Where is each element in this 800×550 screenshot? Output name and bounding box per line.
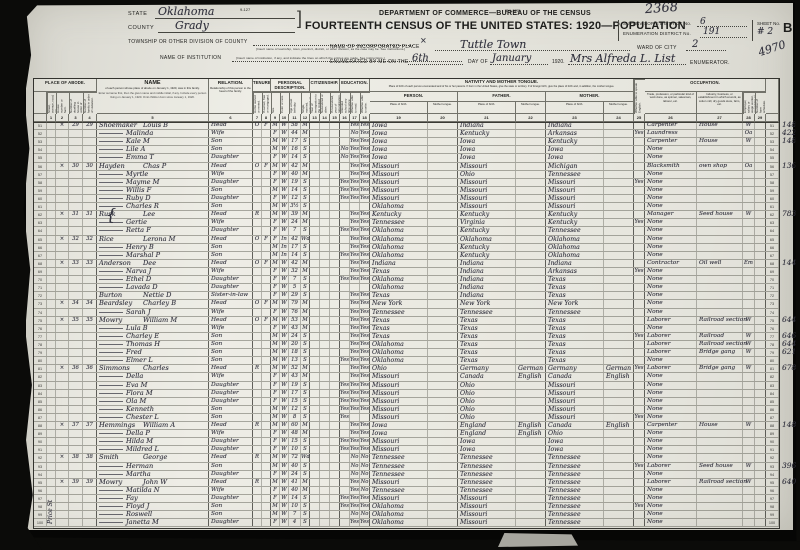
- cell: [330, 187, 340, 194]
- cell-birthplace: Iowa: [370, 138, 428, 145]
- cell: Yes: [340, 414, 350, 421]
- cell-occupation: House: [697, 122, 743, 129]
- cell: Yes: [360, 130, 370, 137]
- cell: [340, 430, 350, 437]
- cell: [262, 511, 271, 518]
- cell: [743, 446, 755, 453]
- cell: [634, 163, 645, 170]
- cell: [83, 446, 97, 453]
- cell: [604, 349, 634, 356]
- cell: W: [280, 349, 289, 356]
- cell: [697, 495, 743, 502]
- cell-relation: Wife: [209, 430, 253, 437]
- cell: Yes: [634, 333, 645, 340]
- cell: [56, 138, 69, 145]
- cell: [516, 276, 546, 283]
- cell: 3½: [289, 203, 301, 210]
- cell-birthplace: Missouri: [546, 414, 604, 421]
- cell: W: [280, 122, 289, 129]
- cell: [743, 357, 755, 364]
- cell: Yes: [634, 503, 645, 510]
- cell: W: [280, 325, 289, 332]
- cell: 55: [766, 154, 779, 161]
- cell: [604, 171, 634, 178]
- cell-birthplace: Iowa: [370, 422, 428, 429]
- cell: [262, 357, 271, 364]
- cell: [340, 292, 350, 299]
- cell-birthplace: Iowa: [370, 154, 428, 161]
- cell: [755, 179, 766, 186]
- cell-occupation: Laborer: [645, 479, 697, 486]
- cell: Yes: [360, 260, 370, 267]
- cell: [743, 195, 755, 202]
- cell: 40: [289, 463, 301, 470]
- cell: 24: [289, 219, 301, 226]
- col-place-of-birth: Place of birth.: [458, 102, 516, 114]
- cell: [755, 479, 766, 486]
- col-number-29: 29: [755, 114, 766, 122]
- cell: [262, 390, 271, 397]
- cell: 41: [289, 479, 301, 486]
- cell: Yes: [350, 317, 360, 324]
- cell: W: [280, 438, 289, 445]
- cell: [428, 373, 458, 380]
- cell-birthplace: Texas: [458, 357, 516, 364]
- cell: Yes: [350, 236, 360, 243]
- cell: [516, 382, 546, 389]
- group-occupation: OCCUPATION.: [645, 79, 766, 92]
- cell: [755, 398, 766, 405]
- cell: [604, 438, 634, 445]
- cell: [755, 252, 766, 259]
- cell-relation: Daughter: [209, 495, 253, 502]
- cell: [83, 487, 97, 494]
- cell-relation: Son: [209, 406, 253, 413]
- cell: Yes: [350, 252, 360, 259]
- cell: [320, 479, 330, 486]
- cell: [340, 333, 350, 340]
- cell: [330, 349, 340, 356]
- cell: [310, 309, 320, 316]
- cell: Yes: [360, 292, 370, 299]
- cell: [743, 219, 755, 226]
- cell: [516, 211, 546, 218]
- cell: [516, 317, 546, 324]
- cell: 31: [83, 211, 97, 218]
- cell: [83, 268, 97, 275]
- cell: F: [271, 179, 280, 186]
- cell: R: [253, 479, 262, 486]
- cell: F: [271, 487, 280, 494]
- cell-relation: Son: [209, 503, 253, 510]
- cell: 4: [289, 519, 301, 526]
- cell: [253, 446, 262, 453]
- cell: [755, 495, 766, 502]
- cell-occupation: Seed house: [697, 463, 743, 470]
- cell: W: [280, 414, 289, 421]
- cell: [56, 373, 69, 380]
- cell: Yes: [350, 495, 360, 502]
- cell: [310, 268, 320, 275]
- cell: 90: [766, 438, 779, 445]
- cell: Em: [743, 260, 755, 267]
- cell: [604, 495, 634, 502]
- cell: [56, 503, 69, 510]
- cell: W: [280, 309, 289, 316]
- cell: S: [301, 284, 310, 291]
- subgroup-mother: MOTHER.: [546, 92, 634, 102]
- cell: [755, 446, 766, 453]
- cell: [56, 187, 69, 194]
- cell: 74: [34, 309, 47, 316]
- cell: [262, 487, 271, 494]
- cell: [428, 471, 458, 478]
- cell: 7: [289, 227, 301, 234]
- cell-occupation: Laborer: [645, 463, 697, 470]
- cell-birthplace: Iowa: [546, 438, 604, 445]
- cell: [69, 373, 83, 380]
- cell: [604, 236, 634, 243]
- cell-birthplace: Texas: [370, 325, 428, 332]
- cell: [743, 276, 755, 283]
- cell: 81: [766, 365, 779, 372]
- cell: [516, 292, 546, 299]
- cell: [56, 284, 69, 291]
- cell: [755, 171, 766, 178]
- cell-relation: Son: [209, 138, 253, 145]
- cell: [69, 171, 83, 178]
- cell: 32: [69, 236, 83, 243]
- cell: [604, 122, 634, 129]
- cell-birthplace: Indiana: [458, 122, 516, 129]
- cell: [330, 390, 340, 397]
- cell: [83, 333, 97, 340]
- cell-occupation: None: [645, 300, 697, 307]
- cell: Yes: [360, 244, 370, 251]
- cell: [634, 471, 645, 478]
- cell-birthplace: Missouri: [458, 519, 516, 526]
- cell-birthplace: Tennessee: [546, 519, 604, 526]
- cell: [310, 487, 320, 494]
- cell: [262, 276, 271, 283]
- cell: 96: [34, 487, 47, 494]
- cell: [428, 187, 458, 194]
- cell: 20: [289, 341, 301, 348]
- cell: 89: [34, 430, 47, 437]
- col-number-7: 7: [253, 114, 262, 122]
- cell: S: [301, 519, 310, 526]
- cell: Yes: [340, 382, 350, 389]
- cell: [47, 406, 56, 413]
- cell: Yes: [350, 219, 360, 226]
- cell: [755, 519, 766, 526]
- cell: [428, 414, 458, 421]
- institution-label: NAME OF INSTITUTION: [160, 55, 221, 61]
- cell-occupation: None: [645, 446, 697, 453]
- cell: [755, 454, 766, 461]
- cell: 29: [69, 122, 83, 129]
- cell: 60: [34, 195, 47, 202]
- cell: W: [743, 317, 755, 324]
- cell: [320, 260, 330, 267]
- cell: [253, 341, 262, 348]
- cell: [320, 519, 330, 526]
- cell: F: [271, 130, 280, 137]
- cell: [340, 341, 350, 348]
- cell: M: [271, 511, 280, 518]
- cell: [755, 365, 766, 372]
- cell-birthplace: Texas: [546, 317, 604, 324]
- cell: [697, 325, 743, 332]
- cell: Yes: [350, 365, 360, 372]
- cell: [428, 487, 458, 494]
- cell: [47, 219, 56, 226]
- cell: [516, 471, 546, 478]
- cell: 80: [766, 357, 779, 364]
- cell: [743, 284, 755, 291]
- col-0: Street, avenue, road, etc.: [47, 92, 56, 114]
- cell: [310, 382, 320, 389]
- cell: [634, 203, 645, 210]
- cell: 16: [289, 146, 301, 153]
- cell: [428, 276, 458, 283]
- cell: [516, 187, 546, 194]
- col-farm-schedule: Number of farm schedule.: [755, 92, 766, 114]
- cell: [56, 146, 69, 153]
- cell: M: [271, 333, 280, 340]
- cell: [310, 252, 320, 259]
- cell: W: [280, 317, 289, 324]
- cell-birthplace: Missouri: [546, 406, 604, 413]
- cell: [320, 495, 330, 502]
- cell-birthplace: Iowa: [458, 138, 516, 145]
- cell: [330, 422, 340, 429]
- cell: Wd: [301, 454, 310, 461]
- cell: [56, 227, 69, 234]
- cell: 69: [34, 268, 47, 275]
- group-citizenship: CITIZENSHIP.: [310, 79, 340, 92]
- cell: 93: [766, 463, 779, 470]
- cell: 77: [766, 333, 779, 340]
- cell-relation: Son: [209, 333, 253, 340]
- cell: [604, 292, 634, 299]
- cell: F: [271, 446, 280, 453]
- cell-birthplace: Texas: [546, 357, 604, 364]
- cell: Yes: [340, 276, 350, 283]
- cell: Yes: [360, 341, 370, 348]
- cell: M: [271, 317, 280, 324]
- cell: [330, 479, 340, 486]
- cell: S: [301, 446, 310, 453]
- cell: [340, 373, 350, 380]
- cell-birthplace: Texas: [370, 292, 428, 299]
- cell-birthplace: Iowa: [370, 130, 428, 137]
- cell: [516, 203, 546, 210]
- cell: [83, 284, 97, 291]
- cell: [253, 268, 262, 275]
- cell: W: [280, 154, 289, 161]
- cell: [330, 398, 340, 405]
- cell-birthplace: Tennessee: [546, 171, 604, 178]
- cell: S: [301, 333, 310, 340]
- sheet-label: SHEET No.: [757, 21, 780, 26]
- cell: [310, 333, 320, 340]
- cell-occupation: Laborer: [645, 349, 697, 356]
- cell: 94: [34, 471, 47, 478]
- cell: [697, 219, 743, 226]
- cell-occupation: None: [645, 276, 697, 283]
- cell: [755, 211, 766, 218]
- cell: F: [271, 268, 280, 275]
- cell: S: [301, 503, 310, 510]
- cell: [310, 398, 320, 405]
- cell: [320, 130, 330, 137]
- cell: [634, 495, 645, 502]
- cell: [83, 219, 97, 226]
- cell: [310, 179, 320, 186]
- cell: [516, 219, 546, 226]
- cell-name: Emma T: [97, 154, 209, 161]
- cell-name: SmithGeorge: [97, 454, 209, 461]
- cell-occupation: own shop: [697, 163, 743, 170]
- cell: [83, 138, 97, 145]
- cell-name: Lile A: [97, 146, 209, 153]
- cell: [755, 317, 766, 324]
- cell: [634, 390, 645, 397]
- cell: [47, 284, 56, 291]
- cell: W: [280, 422, 289, 429]
- cell: [604, 130, 634, 137]
- cell: [47, 454, 56, 461]
- cell: [604, 227, 634, 234]
- cell-birthplace: Texas: [458, 349, 516, 356]
- cell: [743, 179, 755, 186]
- cell: [697, 268, 743, 275]
- cell: Yes: [350, 300, 360, 307]
- cell: [428, 454, 458, 461]
- cell-birthplace: Iowa: [458, 154, 516, 161]
- cell: 40: [289, 171, 301, 178]
- cell: 85: [766, 398, 779, 405]
- cell: [262, 471, 271, 478]
- cell: 92: [766, 454, 779, 461]
- cell: [604, 163, 634, 170]
- cell: [697, 154, 743, 161]
- cell: M: [301, 487, 310, 494]
- cell: [340, 471, 350, 478]
- cell: W: [743, 138, 755, 145]
- cell: ×: [56, 260, 69, 267]
- cell: Yes: [360, 276, 370, 283]
- cell: [253, 138, 262, 145]
- cell: Yes: [634, 268, 645, 275]
- cell-birthplace: Missouri: [546, 382, 604, 389]
- cell: [516, 244, 546, 251]
- cell: 18: [289, 349, 301, 356]
- cell-birthplace: Texas: [370, 317, 428, 324]
- cell: [516, 130, 546, 137]
- table-row: 78Thomas HSonMW20SYesYesOklahomaTexasTex…: [34, 341, 779, 349]
- cell: [253, 171, 262, 178]
- cell: [516, 146, 546, 153]
- cell: 66: [766, 244, 779, 251]
- enumerated-label: ENUMERATED BY ME ON THE: [330, 59, 409, 65]
- incorporated-value: Tuttle Town: [460, 38, 526, 51]
- cell: [320, 179, 330, 186]
- cell: 60: [766, 195, 779, 202]
- cell: M: [301, 163, 310, 170]
- cell: 31: [69, 211, 83, 218]
- cell-name: Mayme M: [97, 179, 209, 186]
- cell-birthplace: Missouri: [370, 406, 428, 413]
- cell: Yes: [360, 171, 370, 178]
- cell: [320, 163, 330, 170]
- cell: [755, 187, 766, 194]
- cell: [253, 382, 262, 389]
- col-number-6: 6: [209, 114, 253, 122]
- cell: [262, 195, 271, 202]
- cell: 68: [34, 260, 47, 267]
- cell: [262, 495, 271, 502]
- cell: W: [280, 382, 289, 389]
- cell: [743, 203, 755, 210]
- cell: [634, 430, 645, 437]
- cell-birthplace: Missouri: [370, 187, 428, 194]
- cell: [83, 430, 97, 437]
- cell: 44: [289, 130, 301, 137]
- cell: [310, 519, 320, 526]
- cell: 97: [34, 495, 47, 502]
- cell: 95: [34, 479, 47, 486]
- cell: [604, 406, 634, 413]
- cell: Yes: [340, 179, 350, 186]
- cell: [83, 463, 97, 470]
- col-occupation: Trade, profession, or particular kind of…: [645, 92, 697, 114]
- cell-birthplace: Iowa: [546, 146, 604, 153]
- cell: W: [743, 341, 755, 348]
- cell-occupation: None: [645, 146, 697, 153]
- cell: 64: [34, 227, 47, 234]
- cell: No: [360, 454, 370, 461]
- cell: 76: [289, 309, 301, 316]
- col-speak-english: Whether able to speak English.: [634, 79, 645, 114]
- cell: F: [271, 236, 280, 243]
- cell: [47, 122, 56, 129]
- cell: W: [280, 292, 289, 299]
- cell: [69, 227, 83, 234]
- cell: [47, 333, 56, 340]
- cell: [340, 454, 350, 461]
- cell: [743, 300, 755, 307]
- cell: Yes: [350, 398, 360, 405]
- cell: ×: [56, 365, 69, 372]
- cell: W: [280, 138, 289, 145]
- cell-birthplace: Tennessee: [546, 511, 604, 518]
- cell-birthplace: Missouri: [370, 390, 428, 397]
- cell: Yes: [360, 187, 370, 194]
- cell: [310, 276, 320, 283]
- cell: W: [743, 479, 755, 486]
- cell: [56, 252, 69, 259]
- cell-birthplace: Iowa: [458, 146, 516, 153]
- cell-relation: Head: [209, 260, 253, 267]
- cell: [743, 487, 755, 494]
- enumeration-value: 191: [703, 27, 720, 37]
- day-of-label: DAY OF: [468, 59, 488, 65]
- cell: 57: [766, 171, 779, 178]
- cell: 61: [766, 203, 779, 210]
- cell: [340, 203, 350, 210]
